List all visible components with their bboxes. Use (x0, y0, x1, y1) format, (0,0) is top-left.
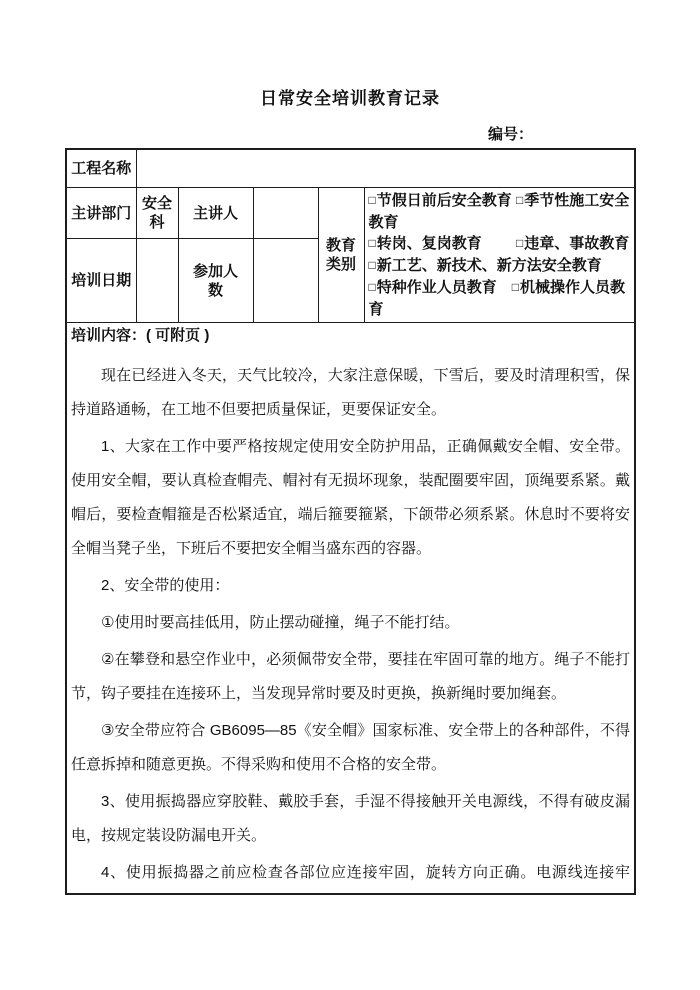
participants-value[interactable] (253, 239, 318, 323)
education-option[interactable]: □转岗、复岗教育 (369, 235, 482, 252)
training-content-cell: 培训内容：( 可附页 ) 现在已经进入冬天，天气比较冷，大家注意保暖，下雪后，要… (66, 323, 635, 895)
content-paragraph: 1、大家在工作中要严格按规定使用安全防护用品，正确佩戴安全帽、安全带。使用安全帽… (71, 430, 630, 566)
education-option[interactable]: □特种作业人员教育 (369, 279, 497, 296)
lecturer-dept-label: 主讲部门 (66, 188, 136, 239)
training-record-table: 工程名称 主讲部门 安全科 主讲人 教育类别 □节假日前后安全教育 □季节性施工… (65, 148, 636, 895)
lecturer-label: 主讲人 (178, 188, 253, 239)
education-type-label: 教育类别 (318, 188, 364, 323)
content-paragraph: 4、使用振捣器之前应检查各部位应连接牢固，旋转方向正确。电源线连接牢固，保护 (71, 856, 630, 891)
lecturer-row: 主讲部门 安全科 主讲人 教育类别 □节假日前后安全教育 □季节性施工安全教育□… (66, 188, 635, 239)
lecturer-dept-value[interactable]: 安全科 (136, 188, 178, 239)
lecturer-value[interactable] (253, 188, 318, 239)
education-option-line: □新工艺、新技术、新方法安全教育 (369, 255, 631, 277)
content-paragraph: ②在攀登和悬空作业中，必须佩带安全带，要挂在牢固可靠的地方。绳子不能打节，钩子要… (71, 643, 630, 711)
project-name-row: 工程名称 (66, 149, 635, 188)
education-option[interactable]: □违章、事故教育 (516, 235, 629, 252)
lecturer-dept-value-text: 安全科 (141, 194, 173, 232)
project-name-value[interactable] (136, 149, 635, 188)
education-option[interactable]: □节假日前后安全教育 (369, 192, 512, 209)
education-type-options: □节假日前后安全教育 □季节性施工安全教育□转岗、复岗教育 □违章、事故教育□新… (364, 188, 635, 323)
checkbox-icon: □ (369, 236, 376, 250)
checkbox-icon: □ (369, 280, 376, 294)
training-date-label: 培训日期 (66, 239, 136, 323)
training-content-heading: 培训内容：( 可附页 ) (71, 325, 630, 347)
doc-number: 编号： (0, 125, 700, 145)
content-paragraph: 现在已经进入冬天，天气比较冷，大家注意保暖，下雪后，要及时清理积雪，保持道路通畅… (71, 359, 630, 427)
participants-label: 参加人数 (178, 239, 253, 323)
education-option[interactable]: □新工艺、新技术、新方法安全教育 (369, 257, 602, 274)
training-content-paragraphs: 现在已经进入冬天，天气比较冷，大家注意保暖，下雪后，要及时清理积雪，保持道路通畅… (71, 359, 630, 891)
checkbox-icon: □ (369, 193, 376, 207)
content-paragraph: ③安全带应符合 GB6095—85《安全帽》国家标准、安全带上的各种部件，不得任… (71, 714, 630, 782)
content-paragraph: 3、使用振捣器应穿胶鞋、戴胶手套，手湿不得接触开关电源线，不得有破皮漏电，按规定… (71, 785, 630, 853)
education-option-line: □节假日前后安全教育 □季节性施工安全教育 (369, 190, 631, 233)
checkbox-icon: □ (512, 280, 519, 294)
doc-number-label: 编号： (488, 126, 533, 143)
content-paragraph: 2、安全带的使用： (71, 569, 630, 603)
content-paragraph: ①使用时要高挂低用，防止摆动碰撞，绳子不能打结。 (71, 606, 630, 640)
checkbox-icon: □ (516, 193, 523, 207)
training-content-row: 培训内容：( 可附页 ) 现在已经进入冬天，天气比较冷，大家注意保暖，下雪后，要… (66, 323, 635, 895)
page-title: 日常安全培训教育记录 (0, 88, 700, 110)
training-date-value[interactable] (136, 239, 178, 323)
training-content-inner: 培训内容：( 可附页 ) 现在已经进入冬天，天气比较冷，大家注意保暖，下雪后，要… (71, 325, 630, 891)
education-option-line: □特种作业人员教育 □机械操作人员教育 (369, 277, 631, 320)
project-name-label: 工程名称 (66, 149, 136, 188)
education-type-label-text: 教育类别 (325, 236, 357, 274)
education-option-line: □转岗、复岗教育 □违章、事故教育 (369, 233, 631, 255)
checkbox-icon: □ (369, 258, 376, 272)
checkbox-icon: □ (516, 236, 523, 250)
participants-label-text: 参加人数 (191, 262, 240, 300)
